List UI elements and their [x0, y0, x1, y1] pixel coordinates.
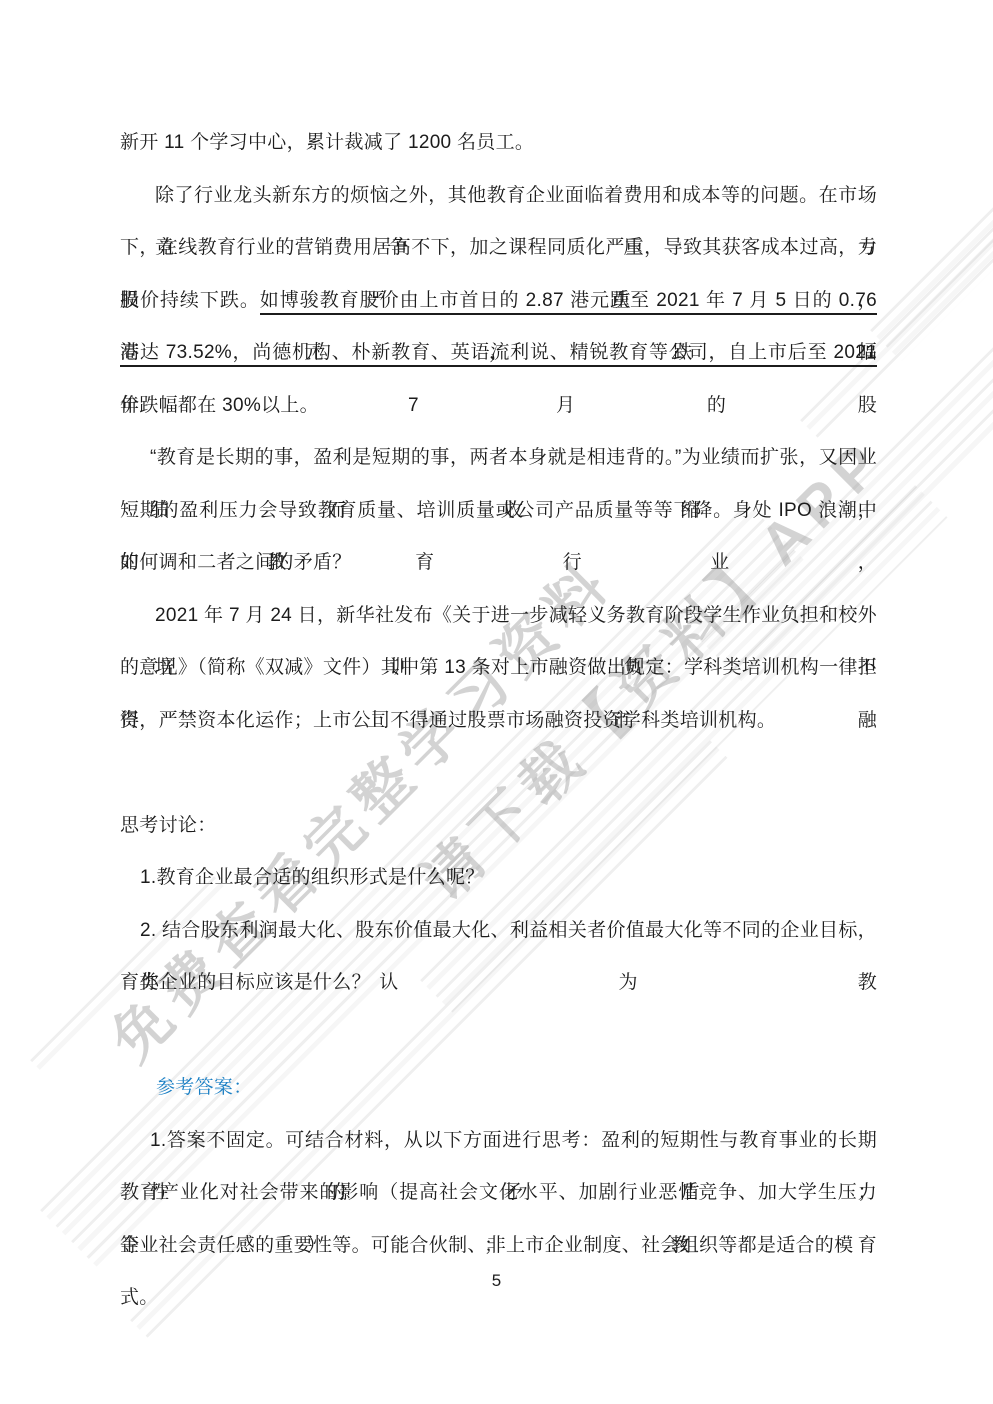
discussion-heading: 思考讨论： [120, 800, 877, 853]
paragraph-line: 资，严禁资本化运作；上市公司不得通过股票市场融资投资学科类培训机构。 [120, 695, 877, 748]
paragraph-line: 除了行业龙头新东方的烦恼之外，其他教育企业面临着费用和成本等的问题。在市场竞争压… [120, 170, 877, 223]
paragraph-line: 下，在线教育行业的营销费用居高不下，加之课程同质化严重，导致其获客成本过高，亏损… [120, 222, 877, 275]
paragraph-line: “教育是长期的事，盈利是短期的事，两者本身就是相违背的。”为业绩而扩张，又因业绩… [120, 432, 877, 485]
underlined-text: 高达 73.52% [120, 342, 232, 367]
blank-line [120, 747, 877, 800]
paragraph-line: 2021 年 7 月 24 日，新华社发布《关于进一步减轻义务教育阶段学生作业负… [120, 590, 877, 643]
watermark-streak [870, 118, 993, 361]
answer-line: 企业社会责任感的重要性等。可能合伙制、非上市企业制度、社会组织等都是适合的模式。 [120, 1220, 877, 1273]
discussion-question-1: 1.教育企业最合适的组织形式是什么呢？ [120, 852, 877, 905]
paragraph-line: 短期的盈利压力会导致教育质量、培训质量或公司产品质量等等下降。身处 IPO 浪潮… [120, 485, 877, 538]
answer-line: 教育产业化对社会带来的影响（提高社会文化水平、加剧行业恶性竞争、加大学生压力等）… [120, 1167, 877, 1220]
blank-line [120, 1010, 877, 1063]
answer-line: 1.答案不固定。可结合材料，从以下方面进行思考：盈利的短期性与教育事业的长期性的… [120, 1115, 877, 1168]
discussion-question-2: 2. 结合股东利润最大化、股东价值最大化、利益相关者价值最大化等不同的企业目标，… [120, 905, 877, 958]
answer-heading: 参考答案： [120, 1062, 877, 1115]
page-number: 5 [0, 1266, 993, 1296]
paragraph-line: 股价持续下跌。如博骏教育股价由上市首日的 2.87 港元跌至 2021 年 7 … [120, 275, 877, 328]
paragraph-line: 的意见》（简称《双减》文件）其中第 13 条对上市融资做出规定：学科类培训机构一… [120, 642, 877, 695]
paragraph-line: 新开 11 个学习中心，累计裁减了 1200 名员工。 [120, 117, 877, 170]
document-body: 新开 11 个学习中心，累计裁减了 1200 名员工。 除了行业龙头新东方的烦恼… [120, 117, 877, 1272]
document-page: 免费查看完整学习资料 请下载【资料】APP 新开 11 个学习中心，累计裁减了 … [0, 0, 993, 1404]
plain-text: 股价持续下跌。 [120, 290, 260, 311]
paragraph-line: 高达 73.52%，尚德机构、朴新教育、英语流利说、精锐教育等公司，自上市后至 … [120, 327, 877, 380]
